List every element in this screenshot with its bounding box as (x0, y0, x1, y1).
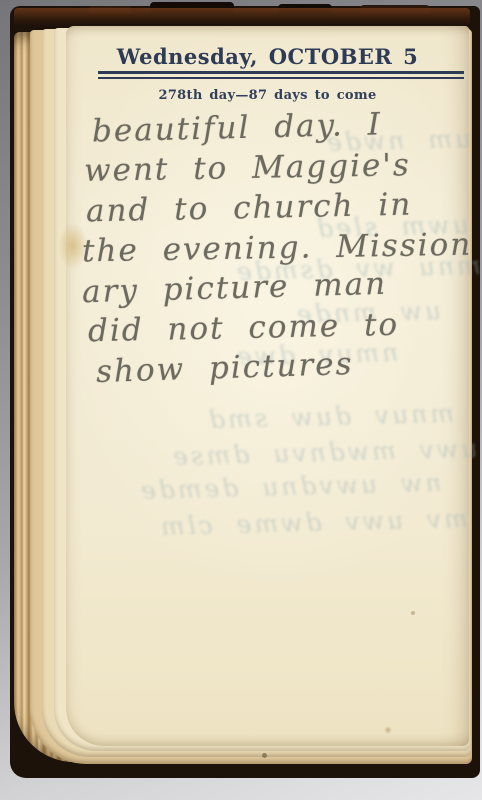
handwritten-entry-line: the evening. Mission (82, 227, 473, 270)
paper-speck (411, 611, 415, 615)
handwritten-entry-line: did not come to (88, 307, 400, 350)
handwritten-entry-line: show pictures (95, 346, 354, 390)
bleed-through-line: mv uwv dwme clm (158, 504, 469, 541)
cover-top-edge-tint (14, 8, 470, 26)
day-count-line: 278th day—87 days to come (66, 88, 469, 103)
page-title: Wednesday, OCTOBER 5 (66, 44, 469, 69)
divider-rule-thick (98, 71, 464, 74)
handwritten-entry-line: and to church in (86, 187, 413, 230)
diary-page: Wednesday, OCTOBER 5 278th day—87 days t… (66, 26, 469, 746)
handwritten-entry-line: beautiful day. I (92, 106, 383, 149)
divider-rule-thin (98, 77, 464, 79)
bleed-through-line: mnuv duw smd (206, 399, 455, 434)
paper-speck (262, 753, 267, 758)
handwritten-entry-line: went to Maggie's (84, 147, 411, 189)
scanned-diary-photo: Wednesday, OCTOBER 5 278th day—87 days t… (0, 0, 482, 800)
bleed-through-line: nw uwvdnu demde (138, 468, 442, 505)
paper-stain (384, 726, 392, 734)
bleed-through-line: uwv mwdnvu dmse (170, 434, 478, 471)
